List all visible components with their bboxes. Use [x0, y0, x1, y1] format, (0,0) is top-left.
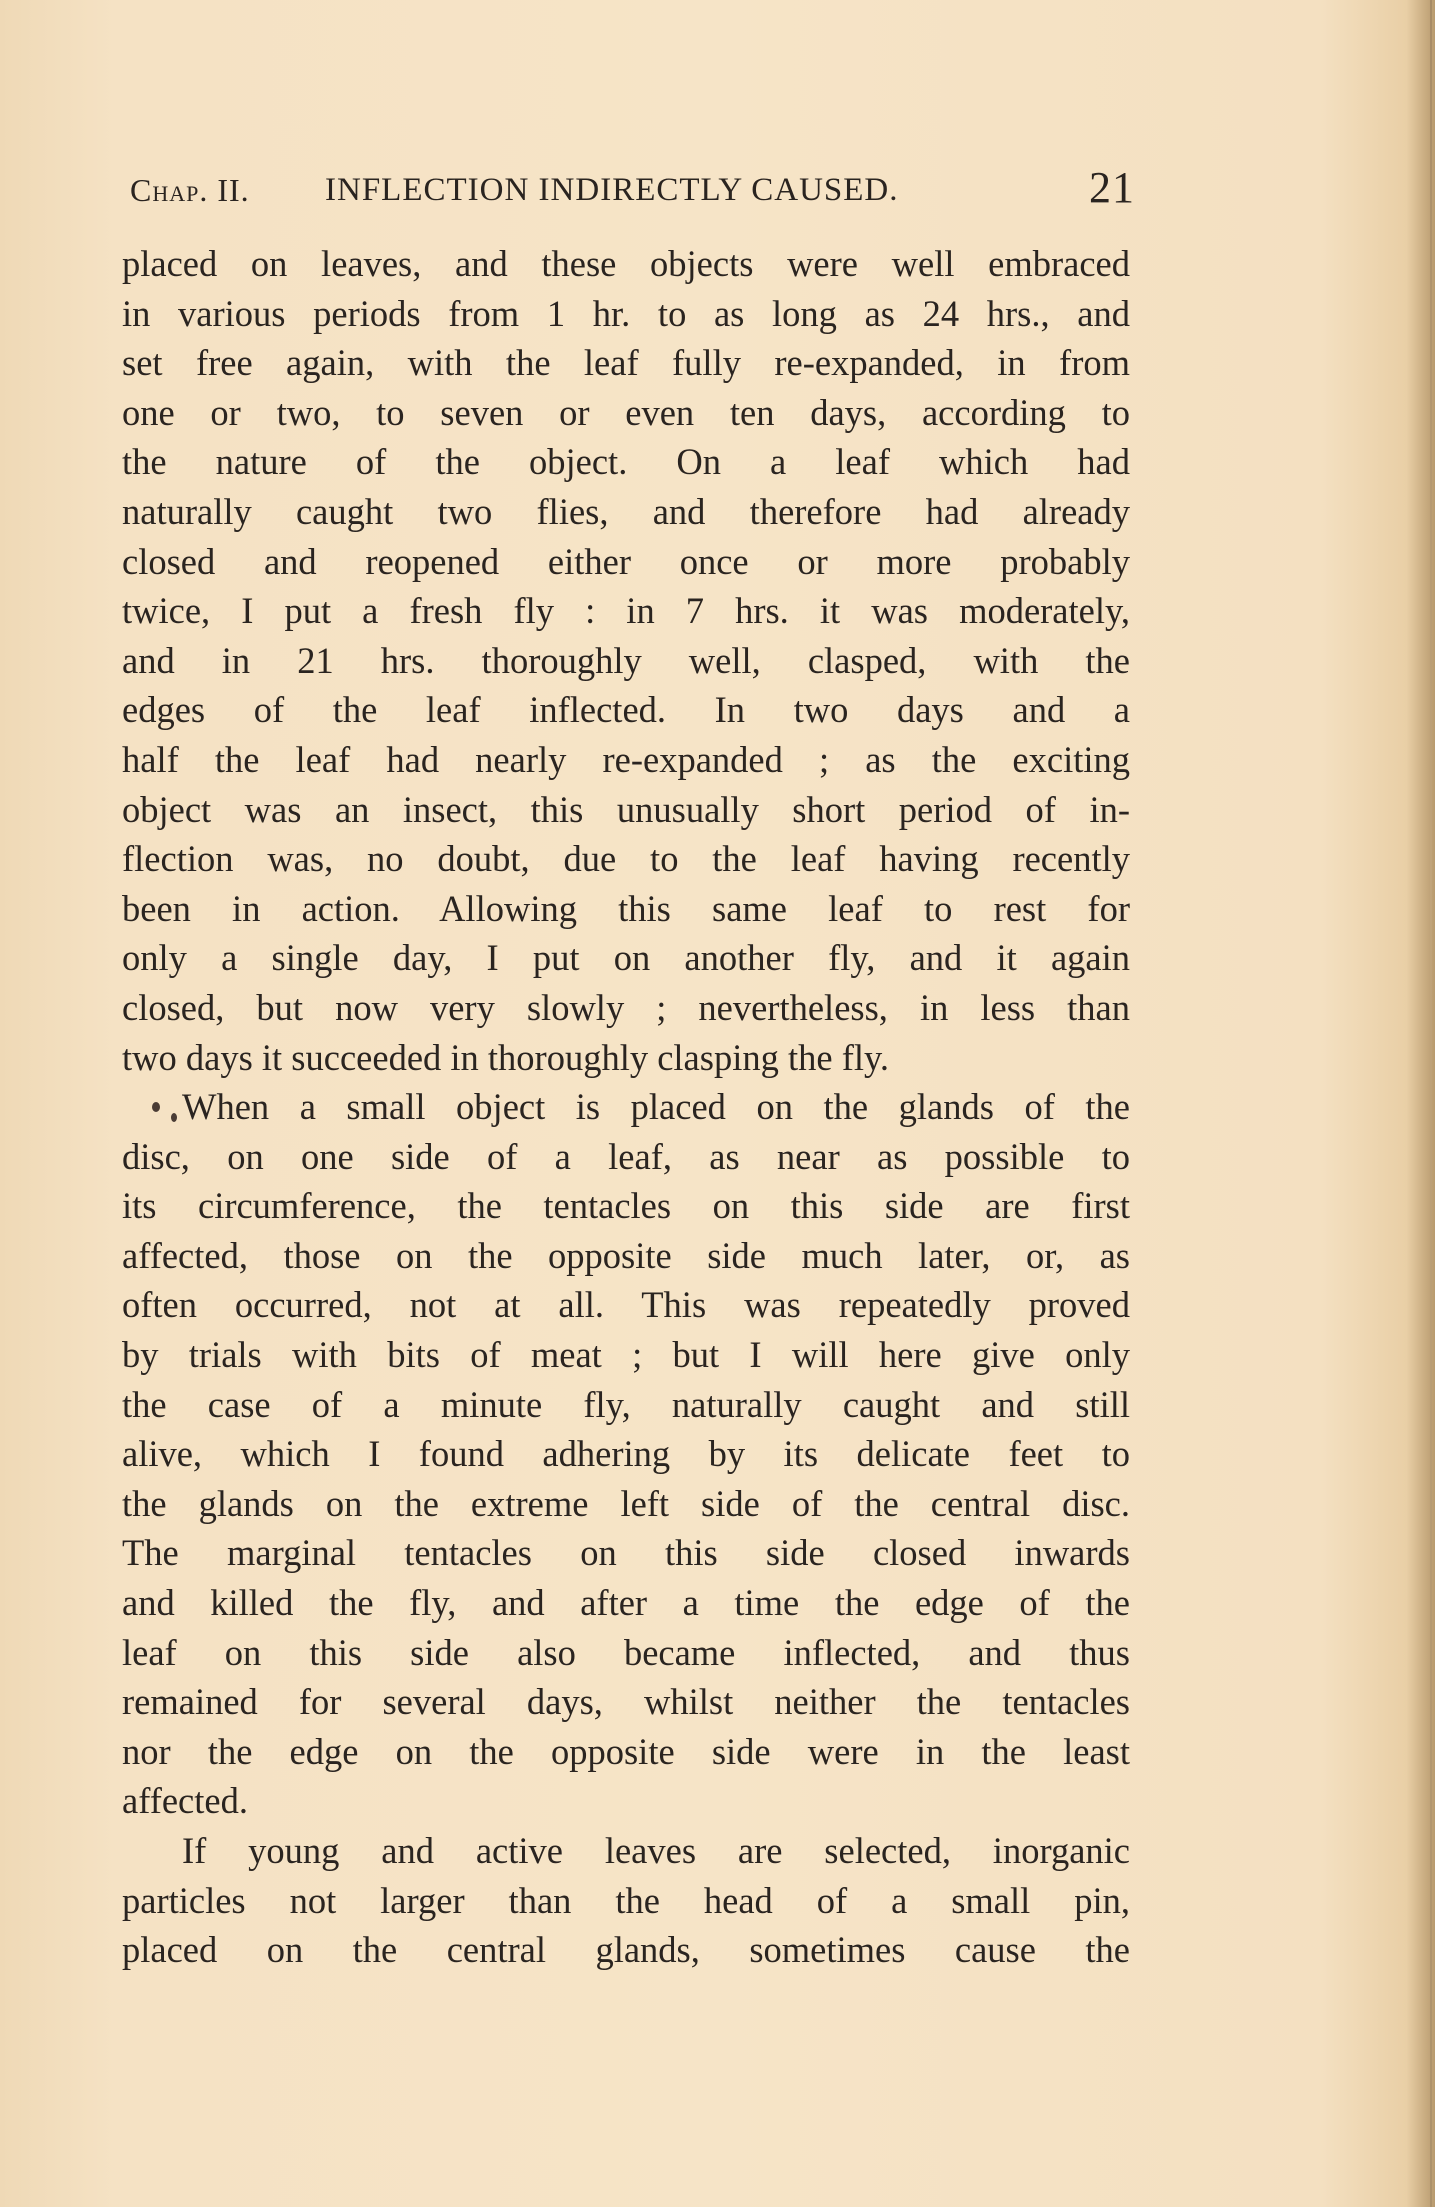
- paragraph-start-line: If young and active leaves are selected,…: [122, 1826, 1130, 1876]
- text-line: only a single day, I put on another fly,…: [122, 933, 1130, 983]
- text-line: alive, which I found adhering by its del…: [122, 1429, 1130, 1479]
- text-line: object was an insect, this unusually sho…: [122, 785, 1130, 835]
- text-line: half the leaf had nearly re-expanded ; a…: [122, 735, 1130, 785]
- ink-spot: [171, 1113, 177, 1122]
- running-head: Chap. II. INFLECTION INDIRECTLY CAUSED. …: [130, 162, 1135, 212]
- text-line: disc, on one side of a leaf, as near as …: [122, 1132, 1130, 1182]
- text-line: affected, those on the opposite side muc…: [122, 1231, 1130, 1281]
- text-line: the glands on the extreme left side of t…: [122, 1479, 1130, 1529]
- body-text: placed on leaves, and these objects were…: [122, 239, 1130, 1975]
- text-line: closed, but now very slowly ; neverthele…: [122, 983, 1130, 1033]
- text-line: remained for several days, whilst neithe…: [122, 1677, 1130, 1727]
- text-line: edges of the leaf inflected. In two days…: [122, 685, 1130, 735]
- text-line: naturally caught two flies, and therefor…: [122, 487, 1130, 537]
- text-line: closed and reopened either once or more …: [122, 537, 1130, 587]
- ink-spot: [152, 1102, 160, 1112]
- text-line: the nature of the object. On a leaf whic…: [122, 437, 1130, 487]
- text-line: flection was, no doubt, due to the leaf …: [122, 834, 1130, 884]
- text-line: one or two, to seven or even ten days, a…: [122, 388, 1130, 438]
- section-title: INFLECTION INDIRECTLY CAUSED.: [325, 172, 899, 209]
- text-line: often occurred, not at all. This was rep…: [122, 1280, 1130, 1330]
- text-line: and killed the fly, and after a time the…: [122, 1578, 1130, 1628]
- paragraph-start-line: When a small object is placed on the gla…: [122, 1082, 1130, 1132]
- text-line: and in 21 hrs. thoroughly well, clasped,…: [122, 636, 1130, 686]
- text-line: nor the edge on the opposite side were i…: [122, 1727, 1130, 1777]
- text-line: by trials with bits of meat ; but I will…: [122, 1330, 1130, 1380]
- page-number: 21: [1089, 162, 1135, 213]
- text-line: placed on the central glands, sometimes …: [122, 1925, 1130, 1975]
- text-line: two days it succeeded in thoroughly clas…: [122, 1033, 1130, 1083]
- text-line: in various periods from 1 hr. to as long…: [122, 289, 1130, 339]
- text-line: its circumference, the tentacles on this…: [122, 1181, 1130, 1231]
- text-line: the case of a minute fly, naturally caug…: [122, 1380, 1130, 1430]
- text-line: twice, I put a fresh fly : in 7 hrs. it …: [122, 586, 1130, 636]
- text-line: placed on leaves, and these objects were…: [122, 239, 1130, 289]
- text-line: particles not larger than the head of a …: [122, 1876, 1130, 1926]
- text-line: affected.: [122, 1776, 1130, 1826]
- page-edge: [1430, 0, 1432, 2207]
- text-line: leaf on this side also became inflected,…: [122, 1628, 1130, 1678]
- text-line: set free again, with the leaf fully re-e…: [122, 338, 1130, 388]
- chapter-label: Chap. II.: [130, 172, 250, 209]
- text-line: been in action. Allowing this same leaf …: [122, 884, 1130, 934]
- book-page: Chap. II. INFLECTION INDIRECTLY CAUSED. …: [0, 0, 1435, 2207]
- text-line: The marginal tentacles on this side clos…: [122, 1528, 1130, 1578]
